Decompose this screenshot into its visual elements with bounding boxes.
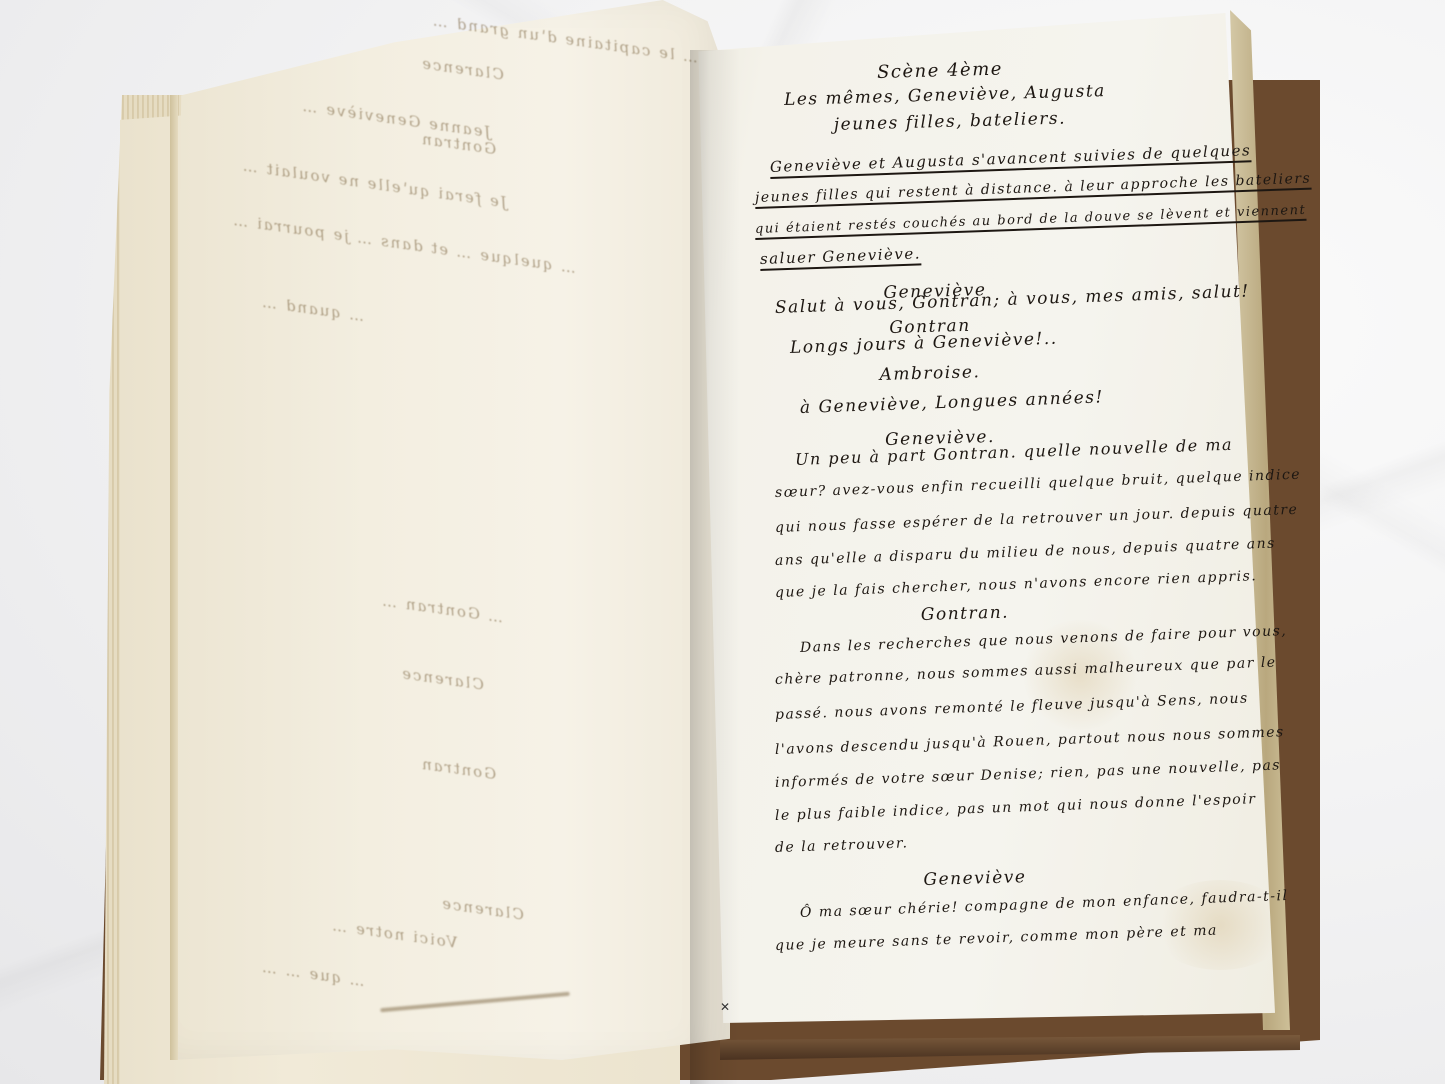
- binding-thread-mark: ✕: [720, 1000, 730, 1014]
- water-stain: [1150, 880, 1290, 970]
- right-page[interactable]: [655, 13, 1275, 1023]
- water-stain: [1020, 620, 1140, 730]
- left-page-fold-edge: [170, 95, 178, 1060]
